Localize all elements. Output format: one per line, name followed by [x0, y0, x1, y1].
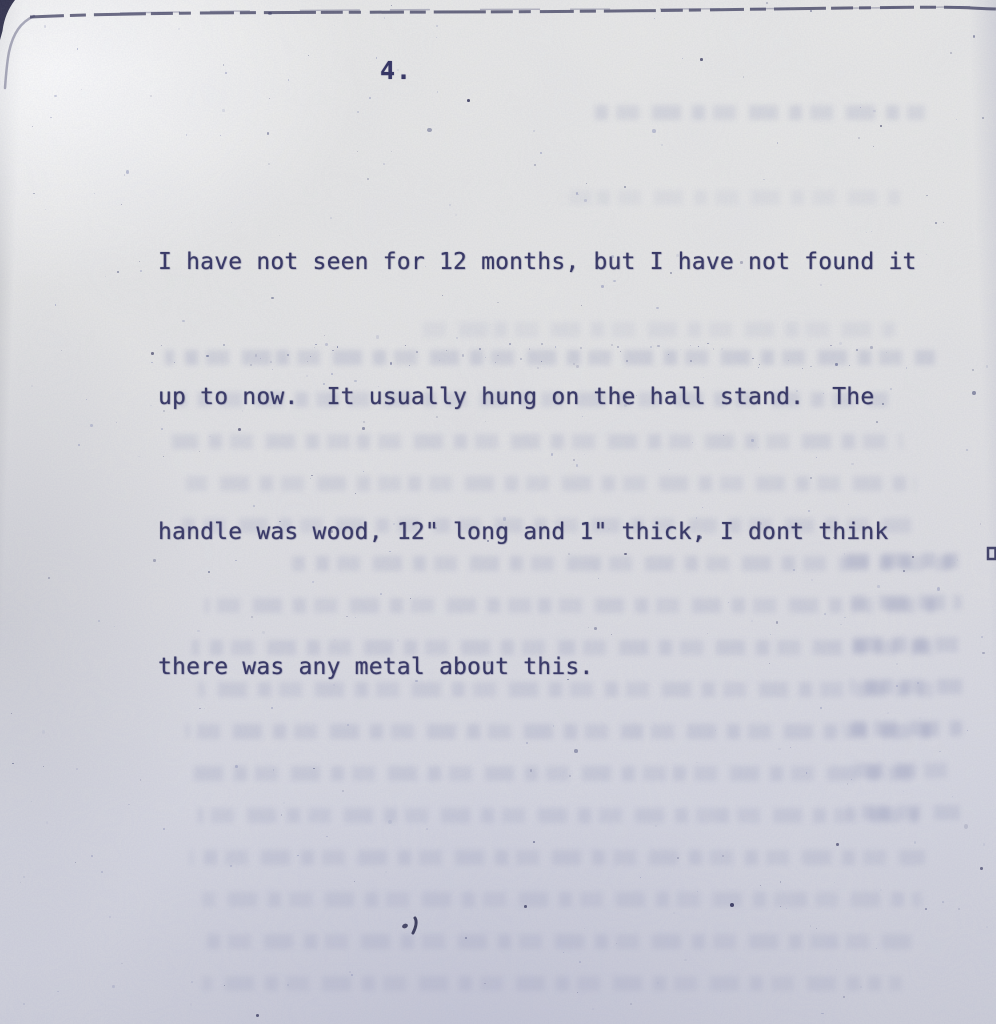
- dust-speck: [124, 174, 125, 176]
- dust-speck: [121, 204, 122, 205]
- dust-speck: [269, 98, 270, 99]
- ghost-text-line: [190, 850, 925, 865]
- dust-speck: [524, 905, 527, 908]
- dust-speck: [223, 64, 224, 65]
- ghost-text-line: [196, 934, 911, 949]
- dust-speck: [121, 963, 123, 965]
- dust-speck: [684, 959, 686, 962]
- dust-speck: [281, 814, 282, 815]
- dust-speck: [655, 825, 657, 827]
- dust-speck: [48, 577, 50, 580]
- dust-speck: [973, 35, 975, 38]
- dust-speck: [810, 10, 812, 12]
- dust-speck: [983, 843, 985, 845]
- dust-speck: [942, 901, 944, 903]
- ghost-text-line: [202, 892, 922, 907]
- dust-speck: [858, 137, 860, 139]
- dust-speck: [78, 444, 80, 446]
- dust-speck: [986, 365, 988, 368]
- dust-speck: [150, 95, 152, 97]
- dust-speck: [140, 779, 142, 781]
- dust-speck: [140, 270, 142, 272]
- dust-speck: [116, 422, 117, 423]
- dust-speck: [986, 926, 988, 928]
- dust-speck: [86, 399, 87, 400]
- dust-speck: [91, 855, 93, 857]
- dust-speck: [484, 983, 486, 985]
- dust-speck: [964, 824, 968, 828]
- dust-speck: [369, 97, 371, 99]
- dust-speck: [191, 981, 194, 984]
- dust-speck: [153, 559, 155, 561]
- dust-speck: [163, 828, 166, 830]
- dust-speck: [722, 855, 724, 857]
- dust-speck: [935, 222, 937, 224]
- dust-speck: [780, 881, 782, 883]
- dust-speck: [381, 89, 382, 90]
- paragraph-line: handle was wood, 12" long and 1" thick, …: [158, 510, 917, 555]
- dust-speck: [982, 652, 984, 655]
- dust-speck: [956, 119, 957, 120]
- dust-speck: [128, 804, 129, 805]
- dust-speck: [436, 25, 438, 27]
- dust-speck: [903, 791, 904, 792]
- dust-speck: [860, 107, 861, 108]
- dust-speck: [816, 928, 817, 929]
- dust-speck: [143, 939, 144, 940]
- dust-speck: [31, 801, 32, 802]
- dust-speck: [11, 713, 12, 714]
- dust-speck: [967, 730, 968, 731]
- dust-speck: [23, 876, 24, 877]
- dust-speck: [138, 456, 139, 457]
- dust-speck: [351, 974, 353, 976]
- dust-speck: [616, 943, 617, 944]
- dust-speck: [834, 882, 835, 883]
- dust-speck: [939, 751, 941, 753]
- dust-speck: [630, 1003, 632, 1005]
- dust-speck: [654, 18, 655, 19]
- dust-speck: [760, 885, 761, 886]
- right-edge-notch: [988, 548, 996, 559]
- dust-speck: [919, 717, 921, 720]
- dust-speck: [563, 952, 564, 953]
- dust-speck: [349, 971, 351, 973]
- scanned-document-page: 4. I have not seen for 12 months, but I …: [0, 0, 996, 1024]
- dust-speck: [388, 820, 392, 824]
- dust-speck: [230, 865, 232, 867]
- dust-speck: [847, 783, 848, 784]
- dust-speck: [354, 881, 355, 882]
- binding-corner-shadow: [0, 0, 15, 40]
- dust-speck: [117, 271, 119, 274]
- dust-speck: [114, 626, 115, 627]
- dust-speck: [533, 130, 535, 132]
- dust-speck: [225, 72, 227, 74]
- dust-speck: [952, 796, 953, 797]
- dust-speck: [786, 908, 787, 909]
- dust-speck: [437, 91, 439, 93]
- dust-speck: [836, 969, 837, 970]
- dust-speck: [720, 991, 721, 992]
- ghost-text-line: [848, 805, 960, 820]
- dust-speck: [297, 855, 299, 857]
- dust-speck: [836, 843, 839, 846]
- dust-speck: [577, 992, 578, 993]
- dust-speck: [76, 768, 78, 770]
- dust-speck: [45, 209, 46, 210]
- dust-speck: [943, 222, 944, 223]
- ghost-text-line: [198, 808, 918, 823]
- page-top-edge-echo: [120, 6, 996, 13]
- dust-speck: [77, 48, 78, 49]
- dust-speck: [958, 908, 960, 910]
- dust-speck: [766, 2, 768, 4]
- dust-speck: [860, 986, 862, 988]
- dust-speck: [730, 903, 734, 907]
- dust-speck: [220, 135, 221, 136]
- dust-speck: [673, 912, 675, 914]
- dust-speck: [467, 99, 470, 102]
- paragraph-line: up to now. It usually hung on the hall s…: [158, 375, 917, 420]
- dust-speck: [109, 916, 111, 918]
- dust-speck: [224, 985, 225, 986]
- dust-speck: [50, 117, 52, 119]
- dust-speck: [23, 1003, 25, 1005]
- dust-speck: [101, 871, 103, 873]
- dust-speck: [780, 906, 781, 907]
- dust-speck: [743, 76, 744, 77]
- dust-speck: [31, 385, 33, 387]
- dust-speck: [426, 828, 428, 830]
- dust-speck: [677, 857, 679, 859]
- dust-speck: [57, 991, 59, 993]
- dust-speck: [777, 142, 778, 143]
- dust-speck: [657, 982, 659, 985]
- dust-speck: [391, 5, 392, 6]
- page-top-edge-line: [30, 7, 996, 17]
- dust-speck: [186, 134, 188, 135]
- dust-speck: [126, 170, 130, 174]
- dust-speck: [222, 109, 225, 111]
- dust-speck: [43, 766, 44, 767]
- dust-speck: [700, 58, 703, 61]
- dust-speck: [112, 985, 115, 988]
- dust-speck: [105, 276, 106, 277]
- dust-speck: [584, 928, 585, 929]
- dust-speck: [55, 304, 56, 305]
- dust-speck: [937, 587, 940, 591]
- ghost-text-line: [595, 105, 925, 120]
- paragraph-line: there was any metal about this.: [158, 645, 917, 690]
- ink-squiggle-mark: [401, 918, 416, 933]
- dust-speck: [873, 110, 876, 112]
- dust-speck: [139, 261, 140, 262]
- dust-speck: [283, 802, 286, 804]
- dust-speck: [256, 1014, 259, 1017]
- dust-speck: [20, 882, 21, 883]
- dust-speck: [914, 841, 916, 843]
- dust-speck: [982, 117, 985, 119]
- dust-speck: [640, 877, 641, 878]
- dust-speck: [12, 763, 14, 765]
- dust-speck: [972, 391, 976, 395]
- dust-speck: [821, 1013, 823, 1015]
- dust-speck: [592, 1008, 594, 1010]
- dust-speck: [46, 821, 48, 823]
- dust-speck: [90, 424, 93, 427]
- dust-speck: [873, 146, 874, 147]
- dust-speck: [54, 95, 57, 97]
- dust-speck: [326, 836, 328, 838]
- dust-speck: [190, 1003, 192, 1005]
- dust-speck: [957, 559, 958, 561]
- dust-speck: [150, 405, 151, 407]
- paragraph-line: I have not seen for 12 months, but I hav…: [158, 240, 917, 285]
- dust-speck: [954, 562, 955, 563]
- page-corner-curve: [5, 16, 34, 88]
- dust-speck: [427, 128, 431, 132]
- dust-speck: [32, 126, 33, 127]
- dust-speck: [384, 17, 386, 19]
- dust-speck: [288, 79, 290, 81]
- dust-speck: [61, 350, 62, 351]
- dust-speck: [533, 841, 535, 843]
- dust-speck: [980, 523, 982, 525]
- dust-speck: [925, 908, 927, 910]
- dust-speck: [950, 52, 952, 54]
- dust-speck: [917, 682, 919, 684]
- dust-speck: [44, 25, 46, 28]
- dust-speck: [661, 144, 663, 146]
- page-number: 4.: [380, 56, 412, 85]
- dust-speck: [972, 369, 975, 371]
- dust-speck: [926, 254, 927, 255]
- dust-speck: [465, 937, 467, 939]
- dust-speck: [843, 996, 845, 998]
- dust-speck: [267, 132, 269, 134]
- dust-speck: [33, 193, 34, 194]
- dust-speck: [579, 961, 581, 963]
- dust-speck: [880, 125, 882, 127]
- dust-speck: [287, 984, 289, 986]
- dust-speck: [385, 871, 387, 873]
- dust-speck: [810, 925, 811, 926]
- dust-speck: [94, 193, 95, 194]
- dust-speck: [966, 449, 968, 451]
- dust-speck: [376, 57, 378, 59]
- ghost-text-line: [202, 976, 902, 991]
- dust-speck: [151, 362, 153, 364]
- dust-speck: [697, 891, 698, 892]
- dust-speck: [98, 620, 100, 622]
- dust-speck: [980, 867, 983, 870]
- dust-speck: [151, 352, 154, 355]
- dust-speck: [268, 12, 272, 15]
- dust-speck: [75, 862, 76, 863]
- dust-speck: [357, 111, 359, 114]
- dust-speck: [81, 89, 82, 90]
- dust-speck: [334, 25, 335, 26]
- dust-speck: [876, 948, 877, 949]
- dust-speck: [652, 129, 656, 133]
- dust-speck: [981, 636, 983, 638]
- dust-speck: [178, 28, 180, 30]
- dust-speck: [682, 58, 683, 59]
- dust-speck: [926, 195, 928, 196]
- typed-paragraph: I have not seen for 12 months, but I hav…: [158, 150, 917, 780]
- dust-speck: [241, 140, 242, 141]
- dust-speck: [342, 790, 344, 792]
- dust-speck: [880, 889, 882, 891]
- dust-speck: [308, 55, 309, 56]
- dust-speck: [436, 37, 437, 38]
- dust-speck: [42, 730, 45, 733]
